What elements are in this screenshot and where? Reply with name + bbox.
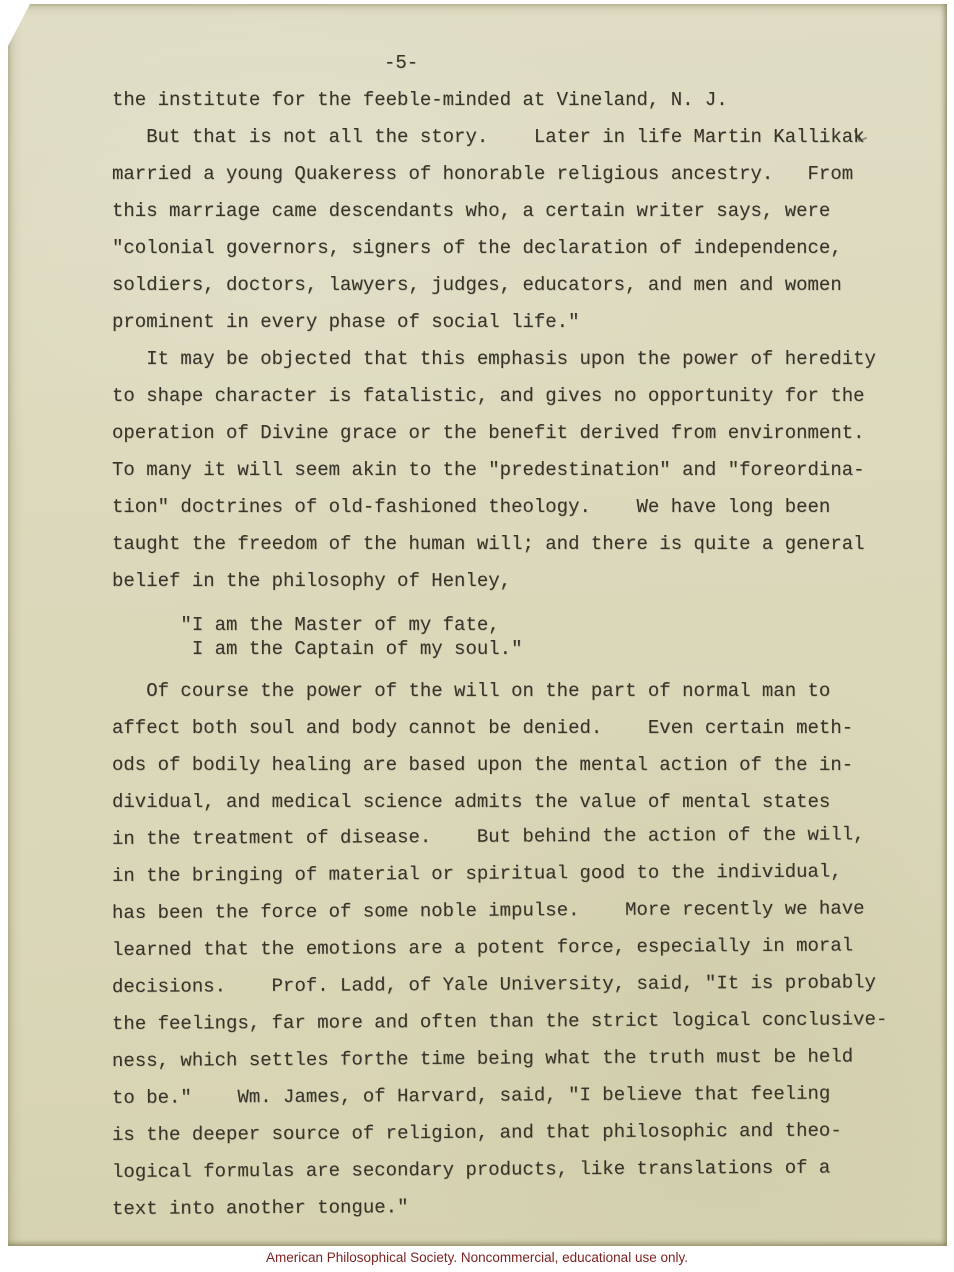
text-line: this marriage came descendants who, a ce…: [112, 193, 922, 230]
text-line: to be." Wm. James, of Harvard, said, "I …: [112, 1075, 922, 1117]
text-line: decisions. Prof. Ladd, of Yale Universit…: [112, 964, 922, 1006]
text-line: taught the freedom of the human will; an…: [112, 526, 922, 563]
text-line: But that is not all the story. Later in …: [112, 119, 922, 156]
text-line: To many it will seem akin to the "predes…: [112, 452, 922, 489]
text-line: dividual, and medical science admits the…: [112, 784, 922, 821]
text-line: "colonial governors, signers of the decl…: [112, 230, 922, 267]
text-line: the feelings, far more and often than th…: [112, 1001, 922, 1043]
document-text-block: the institute for the feeble-minded at V…: [112, 82, 922, 1228]
text-line: "I am the Master of my fate,: [112, 613, 922, 637]
text-line: tion" doctrines of old-fashioned theolog…: [112, 489, 922, 526]
text-line: the institute for the feeble-minded at V…: [112, 82, 922, 119]
copyright-notice: American Philosophical Society. Noncomme…: [0, 1250, 954, 1268]
text-line: operation of Divine grace or the benefit…: [112, 415, 922, 452]
text-line: has been the force of some noble impulse…: [112, 890, 922, 932]
text-line: logical formulas are secondary products,…: [112, 1149, 922, 1191]
text-line: I am the Captain of my soul.": [112, 637, 922, 661]
text-line: text into another tongue.": [112, 1186, 922, 1228]
text-line: is the deeper source of religion, and th…: [112, 1112, 922, 1154]
text-line: ods of bodily healing are based upon the…: [112, 747, 922, 784]
text-line: It may be objected that this emphasis up…: [112, 341, 922, 378]
typewritten-text-column: -5- the institute for the feeble-minded …: [112, 48, 922, 1228]
text-line: affect both soul and body cannot be deni…: [112, 710, 922, 747]
document-page: -5- the institute for the feeble-minded …: [8, 4, 947, 1246]
page-number: -5-: [112, 48, 922, 82]
text-line: prominent in every phase of social life.…: [112, 304, 922, 341]
text-line: ness, which settles forthe time being wh…: [112, 1038, 922, 1080]
text-line: learned that the emotions are a potent f…: [112, 927, 922, 969]
text-line: to shape character is fatalistic, and gi…: [112, 378, 922, 415]
text-line: soldiers, doctors, lawyers, judges, educ…: [112, 267, 922, 304]
text-line: Of course the power of the will on the p…: [112, 673, 922, 710]
text-line: in the treatment of disease. But behind …: [112, 816, 922, 858]
text-line: in the bringing of material or spiritual…: [112, 853, 922, 895]
text-line: married a young Quakeress of honorable r…: [112, 156, 922, 193]
text-line: belief in the philosophy of Henley,: [112, 563, 922, 600]
